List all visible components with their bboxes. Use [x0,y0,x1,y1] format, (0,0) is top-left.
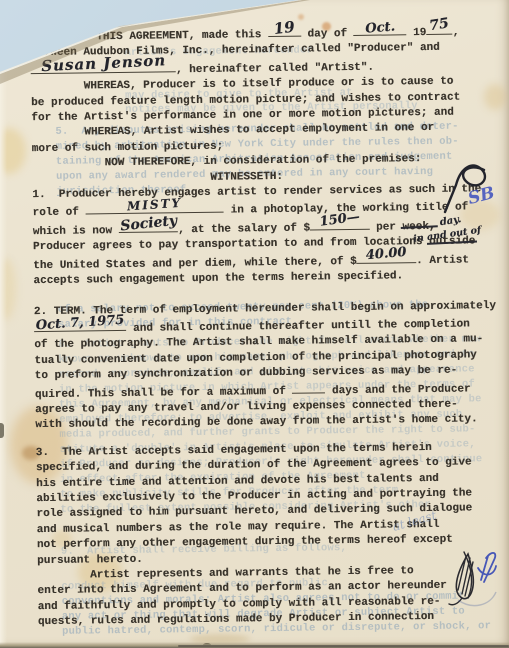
fill-in-blank-year: 75 [426,23,453,35]
typed-text: . Artist [416,254,469,267]
typed-text-block: THIS AGREEMENT, made this 19 day of Oct.… [30,22,500,631]
typed-text: and shall continue thereafter untill the… [126,318,469,334]
handwriting-year: 75 [429,16,451,34]
contract-page: Artist's engagement hereunder may desire… [0,0,509,648]
handwriting-per-diem-amount: 40.00 [365,245,407,264]
fill-in-blank-max-days [292,381,325,393]
paragraph-gap [34,290,44,305]
handwriting-day-of-month: 19 [273,19,296,37]
fill-in-blank-per-diem: 40.00 [357,251,417,264]
fill-in-blank-role: MISTY [85,201,224,215]
fill-in-blank-start-date: Oct. 7, 1975 [34,319,127,332]
typed-text: , hereinafter called "Artist". [176,61,374,76]
struck-word-outside: outsidein and out of [429,236,475,249]
fill-in-blank-title: Society [119,220,179,233]
signature-scribble [438,540,508,614]
typed-text: role of [33,207,86,220]
typed-text: per [369,221,402,233]
typed-text: 19 [406,27,426,39]
paragraph-gap [35,434,45,446]
fill-in-blank-day: 19 [268,25,301,37]
typed-text: quired. This shall be for a maximum of [35,385,293,400]
scan-edge-line [178,645,509,647]
under-sheet-left-edge [0,70,7,648]
scanned-contract-screenshot: { "colors": { "paper": "#eae2ce", "backd… [0,0,509,648]
handwriting-month: Oct. [365,19,396,37]
page-content: Artist's engagement hereunder may desire… [30,0,504,648]
typed-text: which is now [33,225,119,238]
typed-text: day of [301,28,354,41]
typed-text: , at the salary of $ [178,222,310,236]
fill-in-blank-month: Oct. [354,23,407,36]
typed-text: the United States and per diem, while th… [33,256,357,272]
fill-in-blank-salary: 150— [310,218,370,231]
handwriting-working-title: Society [119,214,177,235]
handwriting-salary: 150— [319,210,361,231]
typed-text: , [453,27,460,39]
typed-text: days and the Producer [325,383,470,397]
edge-notch [0,423,4,438]
